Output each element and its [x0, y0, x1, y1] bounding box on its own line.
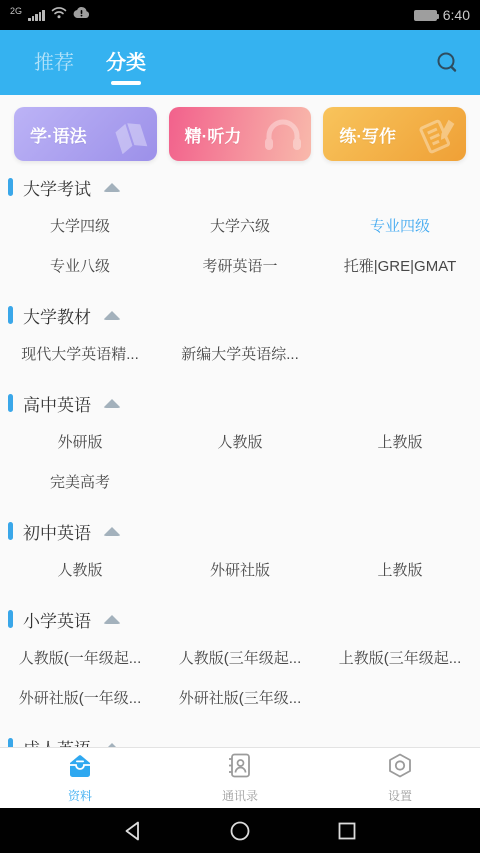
home-icon[interactable] [228, 819, 252, 843]
section-title: 大学教材 [23, 303, 91, 328]
card-writing[interactable]: 练·写作 [323, 107, 466, 161]
tab-materials-label: 资料 [68, 787, 92, 804]
chevron-up-icon[interactable] [103, 615, 121, 624]
section-accent-bar [8, 522, 13, 540]
section-title: 大学考试 [23, 175, 91, 200]
header-tabs: 推荐 分类 [32, 38, 148, 87]
category-item[interactable]: 人教版 [160, 431, 320, 455]
card-writing-label: 练·写作 [323, 122, 396, 147]
section-college-textbooks: 大学教材 现代大学英语精... 新编大学英语综... [0, 303, 480, 367]
headphones-icon [261, 114, 305, 159]
clock-label: 6:40 [443, 7, 470, 23]
category-item[interactable]: 完美高考 [0, 471, 160, 495]
section-header: 小学英语 [0, 607, 480, 631]
inbox-icon [65, 752, 95, 784]
tab-settings[interactable]: 设置 [320, 748, 480, 808]
status-bar: 2G 6:40 [0, 0, 480, 30]
section-college-exams: 大学考试 大学四级 大学六级 专业四级 专业八级 考研英语一 托雅|GRE|GM… [0, 175, 480, 279]
back-icon[interactable] [121, 819, 145, 843]
category-row: 外研社版(一年级... 外研社版(三年级... [0, 687, 480, 711]
card-grammar[interactable]: 学·语法 [14, 107, 157, 161]
category-item-empty [160, 471, 320, 495]
battery-icon [414, 10, 437, 21]
chevron-up-icon[interactable] [103, 527, 121, 536]
section-high-school: 高中英语 外研版 人教版 上教版 完美高考 [0, 391, 480, 495]
tab-contacts[interactable]: 通讯录 [160, 748, 320, 808]
section-middle-school: 初中英语 人教版 外研社版 上教版 [0, 519, 480, 583]
card-grammar-label: 学·语法 [14, 122, 87, 147]
category-item[interactable]: 托雅|GRE|GMAT [320, 255, 480, 279]
card-listening-label: 精·听力 [169, 122, 242, 147]
tab-category[interactable]: 分类 [104, 38, 148, 87]
section-header: 大学考试 [0, 175, 480, 199]
category-row: 外研版 人教版 上教版 [0, 431, 480, 455]
bottom-tab-bar: 资料 通讯录 设置 [0, 747, 480, 808]
section-adult-english-clipped: 成人英语 [0, 735, 480, 747]
category-item[interactable]: 外研版 [0, 431, 160, 455]
android-nav-bar [0, 808, 480, 853]
wifi-icon [51, 6, 67, 24]
category-item[interactable]: 外研社版(三年级... [160, 687, 320, 711]
app-header: 推荐 分类 [0, 30, 480, 95]
settings-icon [385, 752, 415, 784]
category-row: 人教版(一年级起... 人教版(三年级起... 上教版(三年级起... [0, 647, 480, 671]
category-item-empty [320, 471, 480, 495]
section-title: 小学英语 [23, 607, 91, 632]
category-item[interactable]: 人教版(三年级起... [160, 647, 320, 671]
category-item-selected[interactable]: 专业四级 [320, 215, 480, 239]
category-item[interactable]: 专业八级 [0, 255, 160, 279]
section-primary-school: 小学英语 人教版(一年级起... 人教版(三年级起... 上教版(三年级起...… [0, 607, 480, 711]
section-header: 成人英语 [0, 735, 480, 747]
category-row: 大学四级 大学六级 专业四级 [0, 215, 480, 239]
category-item[interactable]: 大学四级 [0, 215, 160, 239]
section-header: 大学教材 [0, 303, 480, 327]
category-item[interactable]: 人教版 [0, 559, 160, 583]
section-accent-bar [8, 394, 13, 412]
category-item[interactable]: 外研社版(一年级... [0, 687, 160, 711]
section-accent-bar [8, 610, 13, 628]
category-row: 现代大学英语精... 新编大学英语综... [0, 343, 480, 367]
category-item[interactable]: 考研英语一 [160, 255, 320, 279]
tab-contacts-label: 通讯录 [222, 787, 258, 804]
signal-bars-icon [28, 10, 45, 21]
section-title: 成人英语 [23, 735, 91, 748]
cloud-alert-icon [73, 6, 90, 24]
network-type-label: 2G [10, 6, 22, 16]
category-item[interactable]: 外研社版 [160, 559, 320, 583]
book-icon [109, 116, 151, 159]
section-header: 高中英语 [0, 391, 480, 415]
tab-materials[interactable]: 资料 [0, 748, 160, 808]
section-accent-bar [8, 178, 13, 196]
category-item[interactable]: 现代大学英语精... [0, 343, 160, 367]
search-icon[interactable] [432, 48, 462, 78]
category-item[interactable]: 上教版(三年级起... [320, 647, 480, 671]
section-accent-bar [8, 738, 13, 747]
chevron-up-icon[interactable] [103, 311, 121, 320]
recents-icon[interactable] [335, 819, 359, 843]
tab-settings-label: 设置 [388, 787, 412, 804]
section-header: 初中英语 [0, 519, 480, 543]
category-item-empty [320, 687, 480, 711]
category-content: 学·语法 精·听力 练·写作 大学考试 大学四级 大学六级 专 [0, 95, 480, 747]
category-item[interactable]: 新编大学英语综... [160, 343, 320, 367]
chevron-up-icon[interactable] [103, 183, 121, 192]
feature-cards: 学·语法 精·听力 练·写作 [0, 95, 480, 161]
contacts-icon [225, 752, 255, 784]
category-item[interactable]: 大学六级 [160, 215, 320, 239]
section-title: 初中英语 [23, 519, 91, 544]
section-accent-bar [8, 306, 13, 324]
card-listening[interactable]: 精·听力 [169, 107, 312, 161]
tab-recommend[interactable]: 推荐 [32, 38, 76, 87]
category-row: 完美高考 [0, 471, 480, 495]
category-item[interactable]: 上教版 [320, 559, 480, 583]
category-item-empty [320, 343, 480, 367]
section-title: 高中英语 [23, 391, 91, 416]
category-row: 专业八级 考研英语一 托雅|GRE|GMAT [0, 255, 480, 279]
category-item[interactable]: 上教版 [320, 431, 480, 455]
paper-pen-icon [416, 114, 460, 159]
category-row: 人教版 外研社版 上教版 [0, 559, 480, 583]
chevron-up-icon[interactable] [103, 399, 121, 408]
category-item[interactable]: 人教版(一年级起... [0, 647, 160, 671]
